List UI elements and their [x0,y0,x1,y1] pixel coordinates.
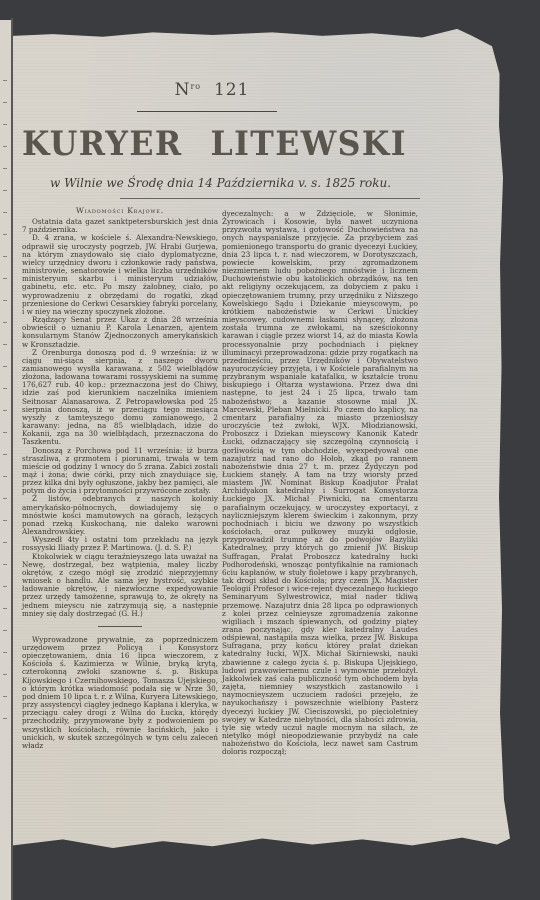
scanned-newspaper-page: Nro 121 KURYERLITEWSKI w Wilnie we Środę… [0,0,540,900]
adjacent-page-edge [0,20,11,900]
left-column: Wiadomości Krajowe. Ostatnia data gazet … [22,206,218,750]
article-paragraph: Z Orenburga donoszą pod d. 9 września: i… [22,349,218,447]
dateline: w Wilnie we Środę dnia 14 Października v… [50,176,390,190]
section-title: Wiadomości Krajowe. [22,207,218,215]
article-paragraph: D. 4 zrana, w kościele ś. Alexandra-News… [22,234,218,316]
binding-gutter [11,18,13,900]
article-paragraph: Rządzący Senat przez Ukaz z dnia 28 wrze… [22,316,218,349]
article-paragraph: Z listów, odebranych z naszych koloniy a… [22,495,218,536]
masthead-title: KURYERLITEWSKI [22,124,375,164]
article-paragraph: dyecezalnych: a w Zdzięciole, w Słonimie… [222,210,418,756]
issue-rule [137,111,277,112]
issue-number: Nro 121 [167,80,257,100]
article-paragraph: Ostatnia data gazet sanktpetersburskich … [22,218,218,234]
article-paragraph: Wyszedł 4ty i ostatni tom przekładu na j… [22,536,218,552]
article-paragraph: Ktokolwiek w ciągu teraźnieyszego lata u… [22,553,218,618]
column-top-rule [120,198,420,199]
article-paragraph: Wyprowadzone prywatnie, za poprzedniczem… [22,636,218,750]
article-paragraph: Donoszą z Porchowa pod 11 września: iż b… [22,447,218,496]
section-divider [98,626,142,627]
right-column: dyecezalnych: a w Zdzięciole, w Słonimie… [222,210,418,756]
